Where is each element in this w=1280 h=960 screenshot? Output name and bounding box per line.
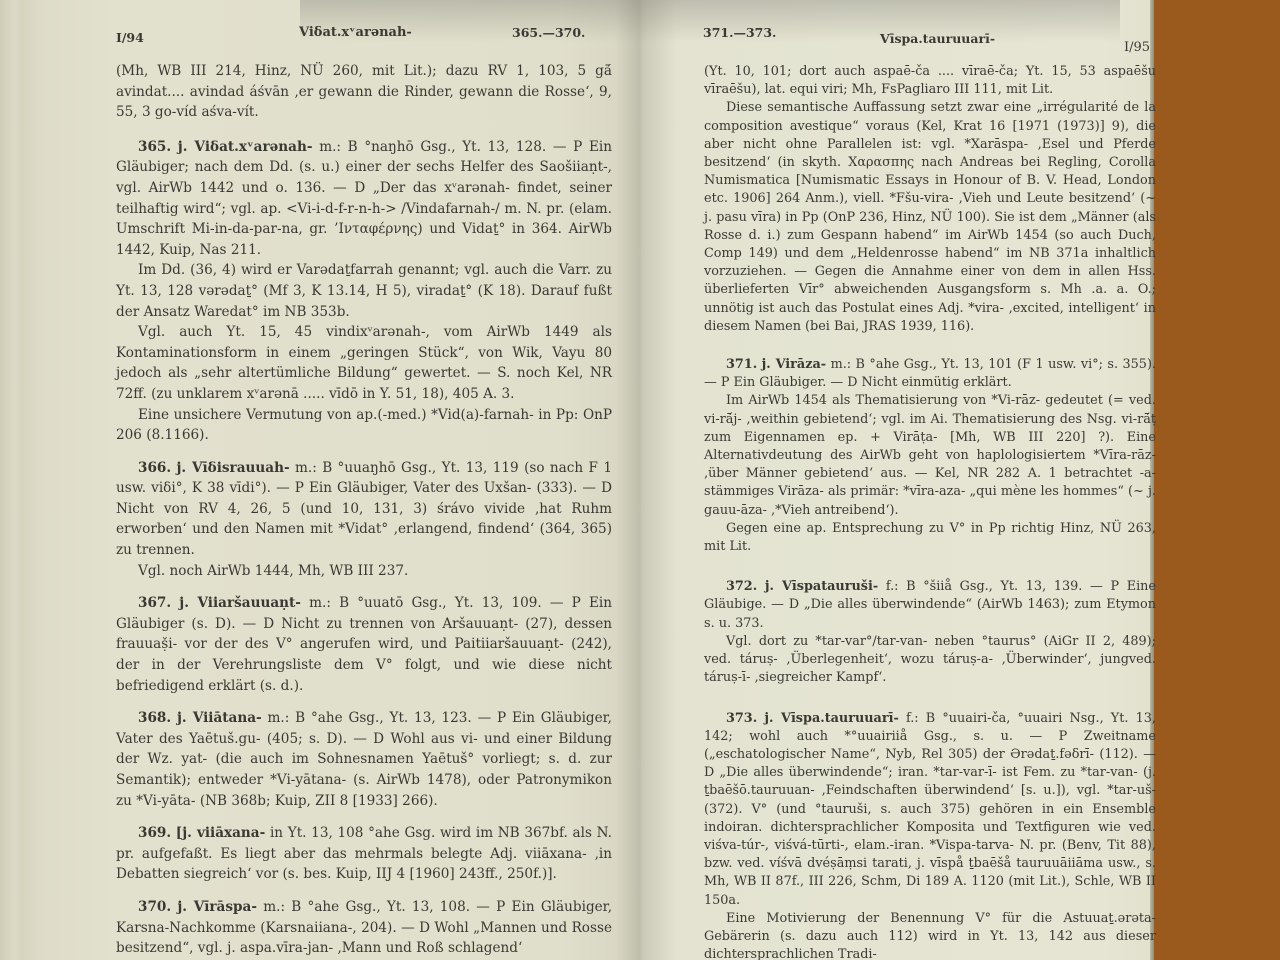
entry-head-paragraph: 372. j. Vīspatauruši- f.: B °šiiå Gsg., … xyxy=(704,578,1156,633)
entry-number: 365. xyxy=(138,139,171,155)
entry-number: 367. xyxy=(138,595,171,611)
entry-lemma: j. Vīspatauruši- xyxy=(765,579,878,594)
left-entry-range: 365.—370. xyxy=(512,25,585,40)
right-text-column: (Yt. 10, 101; dort auch aspaē-ča .... vī… xyxy=(704,63,1156,960)
entry-paragraph: Gegen eine ap. Entsprechung zu V° in Pp … xyxy=(704,520,1156,556)
left-page-number: I/94 xyxy=(116,30,144,45)
entry-number: 373. xyxy=(726,711,757,726)
right-page-number: I/95 xyxy=(1124,40,1150,55)
entry-lemma: j. Vīδisrauuah- xyxy=(177,460,290,476)
entry-paragraph: Vgl. auch Yt. 15, 45 vindixᵛarənah-, vom… xyxy=(116,322,612,404)
entry-lemma: j. Vīrāspa- xyxy=(177,899,257,915)
entry-paragraph: Vgl. noch AirWb 1444, Mh, WB III 237. xyxy=(116,561,612,582)
entry-head-paragraph: 365. j. Viδat.xᵛarənah- m.: B °naŋhō Gsg… xyxy=(116,137,612,261)
entry-lemma: j. Vīspa.tauruuarī- xyxy=(764,711,898,726)
entry-list: 365. j. Viδat.xᵛarənah- m.: B °naŋhō Gsg… xyxy=(116,137,612,959)
dictionary-entry: 367. j. Viiaršauuaṇt- m.: B °uuatō Gsg.,… xyxy=(116,593,612,696)
entry-number: 366. xyxy=(138,460,171,476)
entry-paragraph: Eine unsichere Vermutung von ap.(-med.) … xyxy=(116,405,612,446)
entry-paragraph: Im Dd. (36, 4) wird er Varədaṯfarrah gen… xyxy=(116,260,612,322)
entry-number: 370. xyxy=(138,899,171,915)
entry-head-paragraph: 371. j. Virāza- m.: B °ahe Gsg., Yt. 13,… xyxy=(704,356,1156,392)
dictionary-entry: 371. j. Virāza- m.: B °ahe Gsg., Yt. 13,… xyxy=(704,356,1156,556)
entry-number: 369. xyxy=(138,825,171,841)
table-surface xyxy=(1150,0,1280,960)
entry-paragraph: Vgl. dort zu *tar-var°/tar-van- neben °t… xyxy=(704,633,1156,688)
entry-paragraph: Im AirWb 1454 als Thematisierung von *Vi… xyxy=(704,392,1156,519)
dictionary-entry: 366. j. Vīδisrauuah- m.: B °uuaŋhō Gsg.,… xyxy=(116,458,612,582)
entry-lemma: j. Viiātana- xyxy=(177,710,262,726)
right-running-head: Vīspa.tauruuarī- xyxy=(880,31,995,46)
entry-text: m.: B °naŋhō Gsg., Yt. 13, 128. — P Ein … xyxy=(116,139,612,258)
left-text-column: (Mh, WB III 214, Hinz, NÜ 260, mit Lit.)… xyxy=(116,61,612,959)
entry-lemma: [j. viiāxana- xyxy=(176,825,265,841)
dictionary-entry: 365. j. Viδat.xᵛarənah- m.: B °naŋhō Gsg… xyxy=(116,137,612,446)
entry-head-paragraph: 373. j. Vīspa.tauruuarī- f.: B °uuairi-č… xyxy=(704,710,1156,910)
entry-head-paragraph: 366. j. Vīδisrauuah- m.: B °uuaŋhō Gsg.,… xyxy=(116,458,612,561)
continuation-text: (Mh, WB III 214, Hinz, NÜ 260, mit Lit.)… xyxy=(116,61,612,123)
dictionary-entry: 370. j. Vīrāspa- m.: B °ahe Gsg., Yt. 13… xyxy=(116,897,612,959)
entry-lemma: j. Viδat.xᵛarənah- xyxy=(178,139,313,155)
entry-lemma: j. Viiaršauuaṇt- xyxy=(179,595,301,611)
entry-number: 372. xyxy=(726,579,757,594)
entry-lemma: j. Virāza- xyxy=(762,357,826,372)
entry-paragraph: Eine Motivierung der Benennung V° für di… xyxy=(704,910,1156,960)
entry-number: 368. xyxy=(138,710,171,726)
dictionary-entry: 372. j. Vīspatauruši- f.: B °šiiå Gsg., … xyxy=(704,578,1156,687)
continuation-text: (Yt. 10, 101; dort auch aspaē-ča .... vī… xyxy=(704,63,1156,99)
dictionary-entry: 369. [j. viiāxana- in Yt. 13, 108 °ahe G… xyxy=(116,823,612,885)
dictionary-entry: 373. j. Vīspa.tauruuarī- f.: B °uuairi-č… xyxy=(704,710,1156,960)
entry-head-paragraph: 367. j. Viiaršauuaṇt- m.: B °uuatō Gsg.,… xyxy=(116,593,612,696)
dictionary-entry: 368. j. Viiātana- m.: B °ahe Gsg., Yt. 1… xyxy=(116,708,612,811)
right-entry-range: 371.—373. xyxy=(703,25,776,40)
paragraph: Diese semantische Auffassung setzt zwar … xyxy=(704,99,1156,336)
entry-number: 371. xyxy=(726,357,757,372)
entry-text: f.: B °uuairi-ča, °uuairi Nsg., Yt. 13, … xyxy=(704,711,1156,908)
entry-head-paragraph: 369. [j. viiāxana- in Yt. 13, 108 °ahe G… xyxy=(116,823,612,885)
entry-head-paragraph: 368. j. Viiātana- m.: B °ahe Gsg., Yt. 1… xyxy=(116,708,612,811)
entry-head-paragraph: 370. j. Vīrāspa- m.: B °ahe Gsg., Yt. 13… xyxy=(116,897,612,959)
left-running-head: Viδat.xᵛarənah- xyxy=(299,25,412,40)
entry-list: 371. j. Virāza- m.: B °ahe Gsg., Yt. 13,… xyxy=(704,356,1156,960)
